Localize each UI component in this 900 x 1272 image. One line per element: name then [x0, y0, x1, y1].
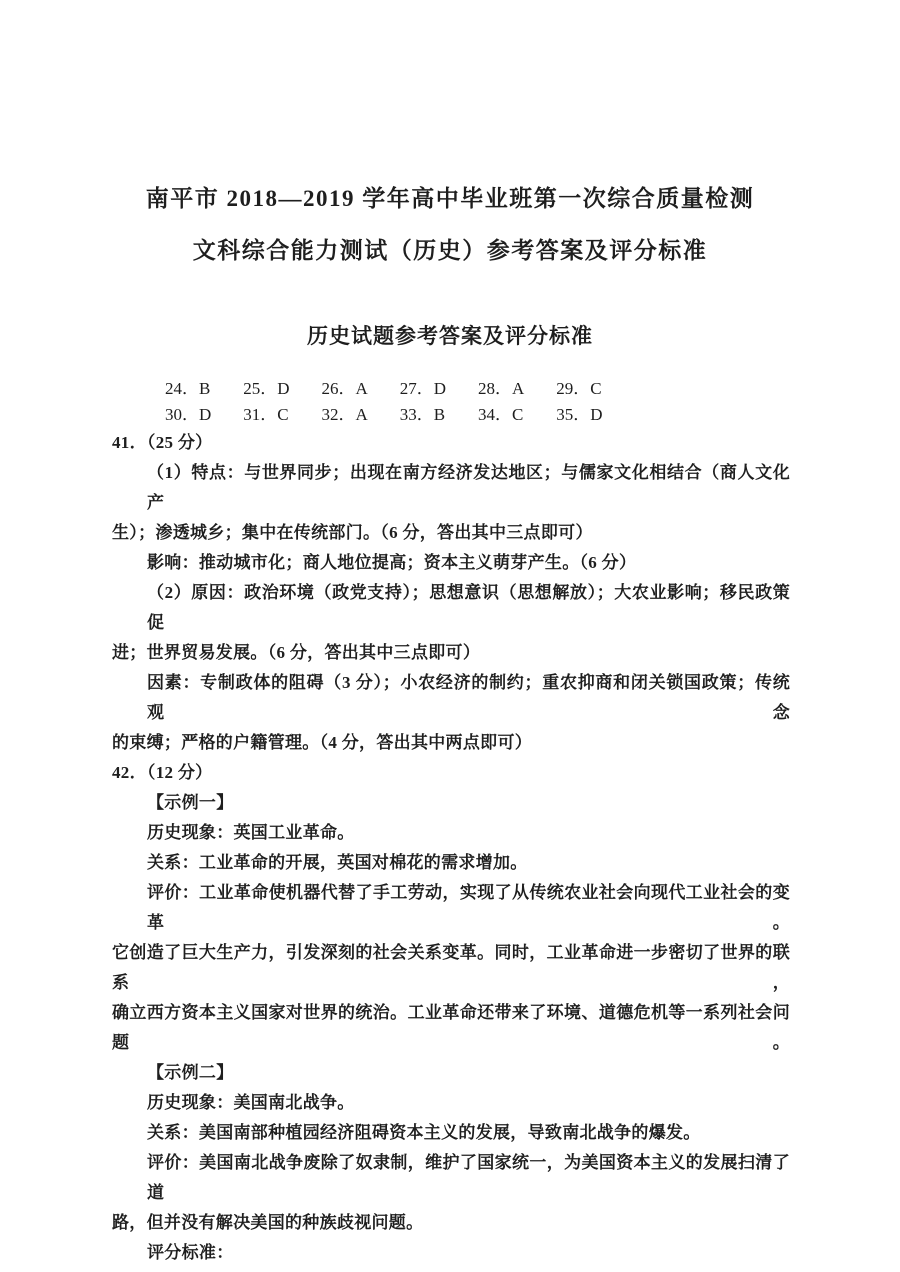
document-content: 24．B 25．D 26．A 27．D 28．A 29．C 30．D 31．C …: [112, 376, 790, 1268]
answer-item: 29．C: [556, 376, 630, 402]
grading-standard-label: 评分标准：: [112, 1238, 790, 1268]
answer-row-1: 24．B 25．D 26．A 27．D 28．A 29．C: [165, 376, 790, 402]
answer-item: 31．C: [243, 402, 317, 428]
example1-relation: 关系：工业革命的开展，英国对棉花的需求增加。: [112, 848, 790, 878]
document-title-line2: 文科综合能力测试（历史）参考答案及评分标准: [0, 236, 900, 266]
answer-item: 24．B: [165, 376, 239, 402]
example1-phenomenon: 历史现象：英国工业革命。: [112, 818, 790, 848]
document-title-line1: 南平市 2018—2019 学年高中毕业班第一次综合质量检测: [0, 184, 900, 214]
q41-part2-factors-line1: 因素：专制政体的阻碍（3 分）；小农经济的制约；重农抑商和闭关锁国政策；传统观念: [112, 668, 790, 728]
document-page: 南平市 2018—2019 学年高中毕业班第一次综合质量检测 文科综合能力测试（…: [0, 0, 900, 1272]
example1-evaluation-line2: 它创造了巨大生产力，引发深刻的社会关系变革。同时，工业革命进一步密切了世界的联系…: [112, 938, 790, 998]
example1-heading: 【示例一】: [112, 788, 790, 818]
answer-item: 25．D: [243, 376, 317, 402]
answer-item: 35．D: [556, 402, 630, 428]
section-heading: 历史试题参考答案及评分标准: [0, 322, 900, 350]
example1-evaluation-line1: 评价：工业革命使机器代替了手工劳动，实现了从传统农业社会向现代工业社会的变革。: [112, 878, 790, 938]
answer-item: 33．B: [400, 402, 474, 428]
example1-evaluation-line3: 确立西方资本主义国家对世界的统治。工业革命还带来了环境、道德危机等一系列社会问题…: [112, 998, 790, 1058]
answer-item: 30．D: [165, 402, 239, 428]
q41-part1-influence: 影响：推动城市化；商人地位提高；资本主义萌芽产生。（6 分）: [112, 548, 790, 578]
q42-heading: 42．（12 分）: [112, 758, 790, 788]
answer-item: 26．A: [322, 376, 396, 402]
q41-part2-reasons-line2: 进；世界贸易发展。（6 分，答出其中三点即可）: [112, 638, 790, 668]
example2-heading: 【示例二】: [112, 1058, 790, 1088]
answer-item: 27．D: [400, 376, 474, 402]
example2-phenomenon: 历史现象：美国南北战争。: [112, 1088, 790, 1118]
answer-item: 34．C: [478, 402, 552, 428]
answer-item: 28．A: [478, 376, 552, 402]
example2-evaluation-line2: 路，但并没有解决美国的种族歧视问题。: [112, 1208, 790, 1238]
q41-part2-reasons-line1: （2）原因：政治环境（政党支持）；思想意识（思想解放）；大农业影响；移民政策促: [112, 578, 790, 638]
q41-heading: 41．（25 分）: [112, 428, 790, 458]
multiple-choice-answers: 24．B 25．D 26．A 27．D 28．A 29．C 30．D 31．C …: [165, 376, 790, 428]
q41-part2-factors-line2: 的束缚；严格的户籍管理。（4 分，答出其中两点即可）: [112, 728, 790, 758]
example2-evaluation-line1: 评价：美国南北战争废除了奴隶制，维护了国家统一，为美国资本主义的发展扫清了道: [112, 1148, 790, 1208]
q41-part1-features-line1: （1）特点：与世界同步；出现在南方经济发达地区；与儒家文化相结合（商人文化产: [112, 458, 790, 518]
example2-relation: 关系：美国南部种植园经济阻碍资本主义的发展，导致南北战争的爆发。: [112, 1118, 790, 1148]
answer-item: 32．A: [322, 402, 396, 428]
answer-body: 41．（25 分） （1）特点：与世界同步；出现在南方经济发达地区；与儒家文化相…: [112, 428, 790, 1268]
answer-row-2: 30．D 31．C 32．A 33．B 34．C 35．D: [165, 402, 790, 428]
q41-part1-features-line2: 生）；渗透城乡；集中在传统部门。（6 分，答出其中三点即可）: [112, 518, 790, 548]
